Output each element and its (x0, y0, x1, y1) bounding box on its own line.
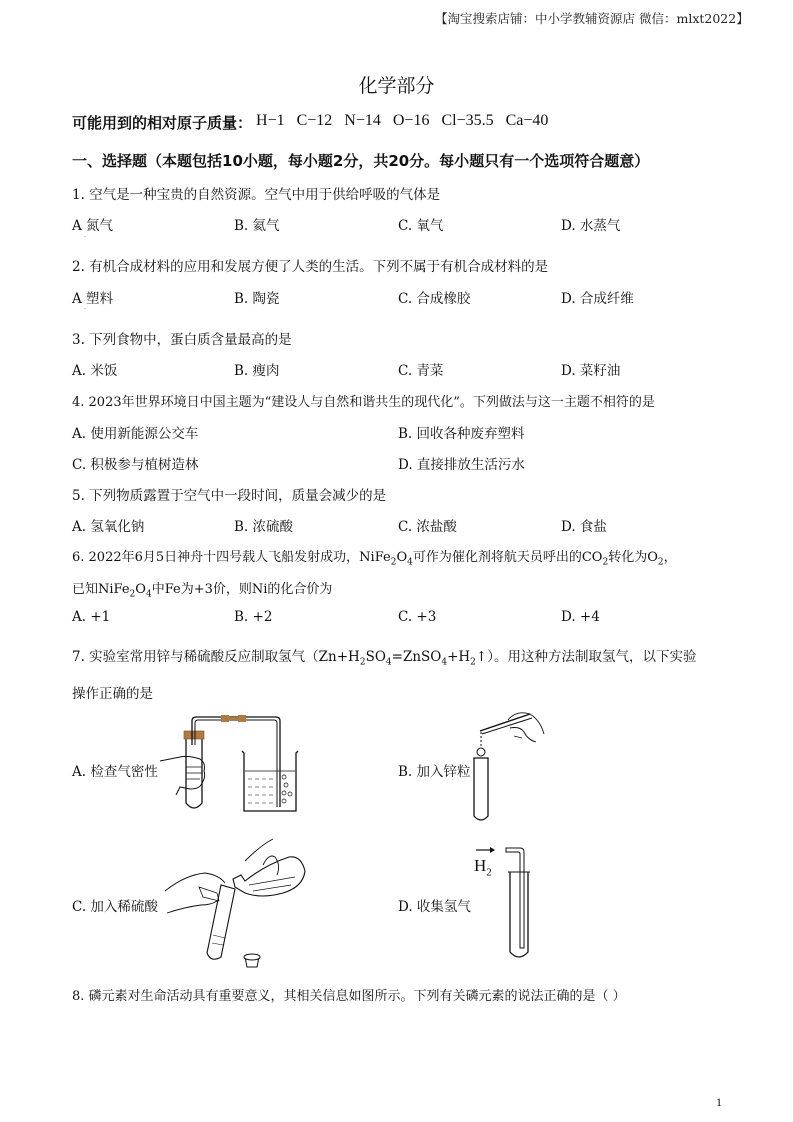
q5-option-c: C. 浓盐酸 (398, 515, 457, 535)
q7-option-b: B. 加入锌粒 (398, 760, 471, 780)
pouring-acid-figure (165, 835, 315, 970)
question-5-stem: 5. 下列物质露置于空气中一段时间，质量会减少的是 (72, 484, 386, 504)
q4-option-c: C. 积极参与植树造林 (72, 453, 198, 473)
q2-option-a: A 塑料 (72, 287, 113, 307)
question-4-stem: 4. 2023年世界环境日中国主题为“建设人与自然和谐共生的现代化”。下列做法与… (72, 391, 655, 410)
atomic-masses: 可能用到的相对原子质量：H−1C−12N−14O−16Cl−35.5Ca−40 (72, 112, 560, 133)
q2-option-d: D. 合成纤维 (561, 287, 634, 307)
section-heading: 一、选择题（本题包括10小题，每小题2分，共20分。每小题只有一个选项符合题意） (72, 150, 649, 171)
adding-zinc-figure (470, 710, 550, 820)
q3-option-a: A. 米饭 (72, 359, 117, 379)
q7-text: +H (447, 649, 470, 665)
q6-text: 可作为催化剂将航天员呼出的CO (413, 550, 603, 565)
q6-text: O (135, 582, 146, 597)
airtightness-apparatus-figure (160, 715, 310, 815)
q4-option-a: A. 使用新能源公交车 (72, 422, 198, 442)
page-title: 化学部分 (0, 71, 793, 98)
q7-text: 7. 实验室常用锌与稀硫酸反应制取氢气（Zn+H (72, 649, 360, 665)
q6-option-d: D. +4 (561, 609, 600, 625)
atomic-masses-values: H−1C−12N−14O−16Cl−35.5Ca−40 (256, 112, 560, 129)
q6-text: 中Fe为+3价，则Ni的化合价为 (152, 582, 333, 597)
q6-option-a: A. +1 (72, 609, 110, 625)
q6-text: O (396, 550, 407, 565)
question-3-stem: 3. 下列食物中，蛋白质含量最高的是 (72, 328, 292, 348)
q5-option-b: B. 浓硫酸 (234, 515, 293, 535)
q6-option-b: B. +2 (234, 609, 272, 625)
stray-dot: · (84, 234, 86, 241)
mass-c: C−12 (297, 112, 333, 129)
q6-option-c: C. +3 (398, 609, 436, 625)
watermark-header: 【淘宝搜索店铺：中小学教辅资源店 微信：mlxt2022】 (435, 9, 749, 27)
q1-option-c: C. 氧气 (398, 214, 443, 234)
q4-option-d: D. 直接排放生活污水 (398, 453, 525, 473)
question-2-stem: 2. 有机合成材料的应用和发展方便了人类的生活。下列不属于有机合成材料的是 (72, 255, 548, 275)
question-7-stem-line1: 7. 实验室常用锌与稀硫酸反应制取氢气（Zn+H2SO4=ZnSO4+H2↑）。… (72, 645, 696, 668)
mass-o: O−16 (393, 112, 430, 129)
q7-text: =ZnSO (392, 649, 442, 665)
q2-option-b: B. 陶瓷 (234, 287, 280, 307)
q1-option-a: A 氮气 (72, 214, 113, 234)
mass-n: N−14 (344, 112, 381, 129)
q4-option-b: B. 回收各种废弃塑料 (398, 422, 525, 442)
q3-option-b: B. 瘦肉 (234, 359, 280, 379)
question-7-stem-line2: 操作正确的是 (72, 682, 153, 702)
mass-cl: Cl−35.5 (441, 112, 493, 129)
page-number: 1 (716, 1095, 722, 1110)
q7-option-c: C. 加入稀硫酸 (72, 895, 158, 915)
h2-label: H2 (474, 856, 492, 878)
question-6-stem-line1: 6. 2022年6月5日神舟十四号载人飞船发射成功，NiFe2O4可作为催化剂将… (72, 546, 677, 568)
subscript: 2 (486, 866, 492, 878)
q7-text: ↑）。用这种方法制取氢气，以下实验 (476, 649, 697, 665)
mass-h: H−1 (256, 112, 285, 129)
stray-dot: · (84, 306, 86, 313)
q5-option-a: A. 氢氧化钠 (72, 515, 144, 535)
q3-option-d: D. 菜籽油 (561, 359, 620, 379)
q6-text: 6. 2022年6月5日神舟十四号载人飞船发射成功，NiFe (72, 550, 391, 565)
q7-option-a: A. 检查气密性 (72, 760, 158, 780)
q7-option-d: D. 收集氢气 (398, 895, 471, 915)
q6-text: 已知NiFe (72, 582, 130, 597)
question-8-stem: 8. 磷元素对生命活动具有重要意义，其相关信息如图所示。下列有关磷元素的说法正确… (72, 985, 626, 1004)
q1-option-b: B. 氦气 (234, 214, 280, 234)
mass-ca: Ca−40 (506, 112, 549, 129)
q7-text: SO (366, 649, 386, 665)
q3-option-c: C. 青菜 (398, 359, 443, 379)
q6-text: ， (664, 550, 677, 565)
atomic-masses-label: 可能用到的相对原子质量： (72, 114, 252, 132)
q6-text: 转化为O (608, 550, 658, 565)
q5-option-d: D. 食盐 (561, 515, 607, 535)
question-1-stem: 1. 空气是一种宝贵的自然资源。空气中用于供给呼吸的气体是 (72, 183, 440, 203)
h-symbol: H (474, 856, 486, 875)
q2-option-c: C. 合成橡胶 (398, 287, 470, 307)
question-6-stem-line2: 已知NiFe2O4中Fe为+3价，则Ni的化合价为 (72, 578, 332, 600)
q1-option-d: D. 水蒸气 (561, 214, 620, 234)
